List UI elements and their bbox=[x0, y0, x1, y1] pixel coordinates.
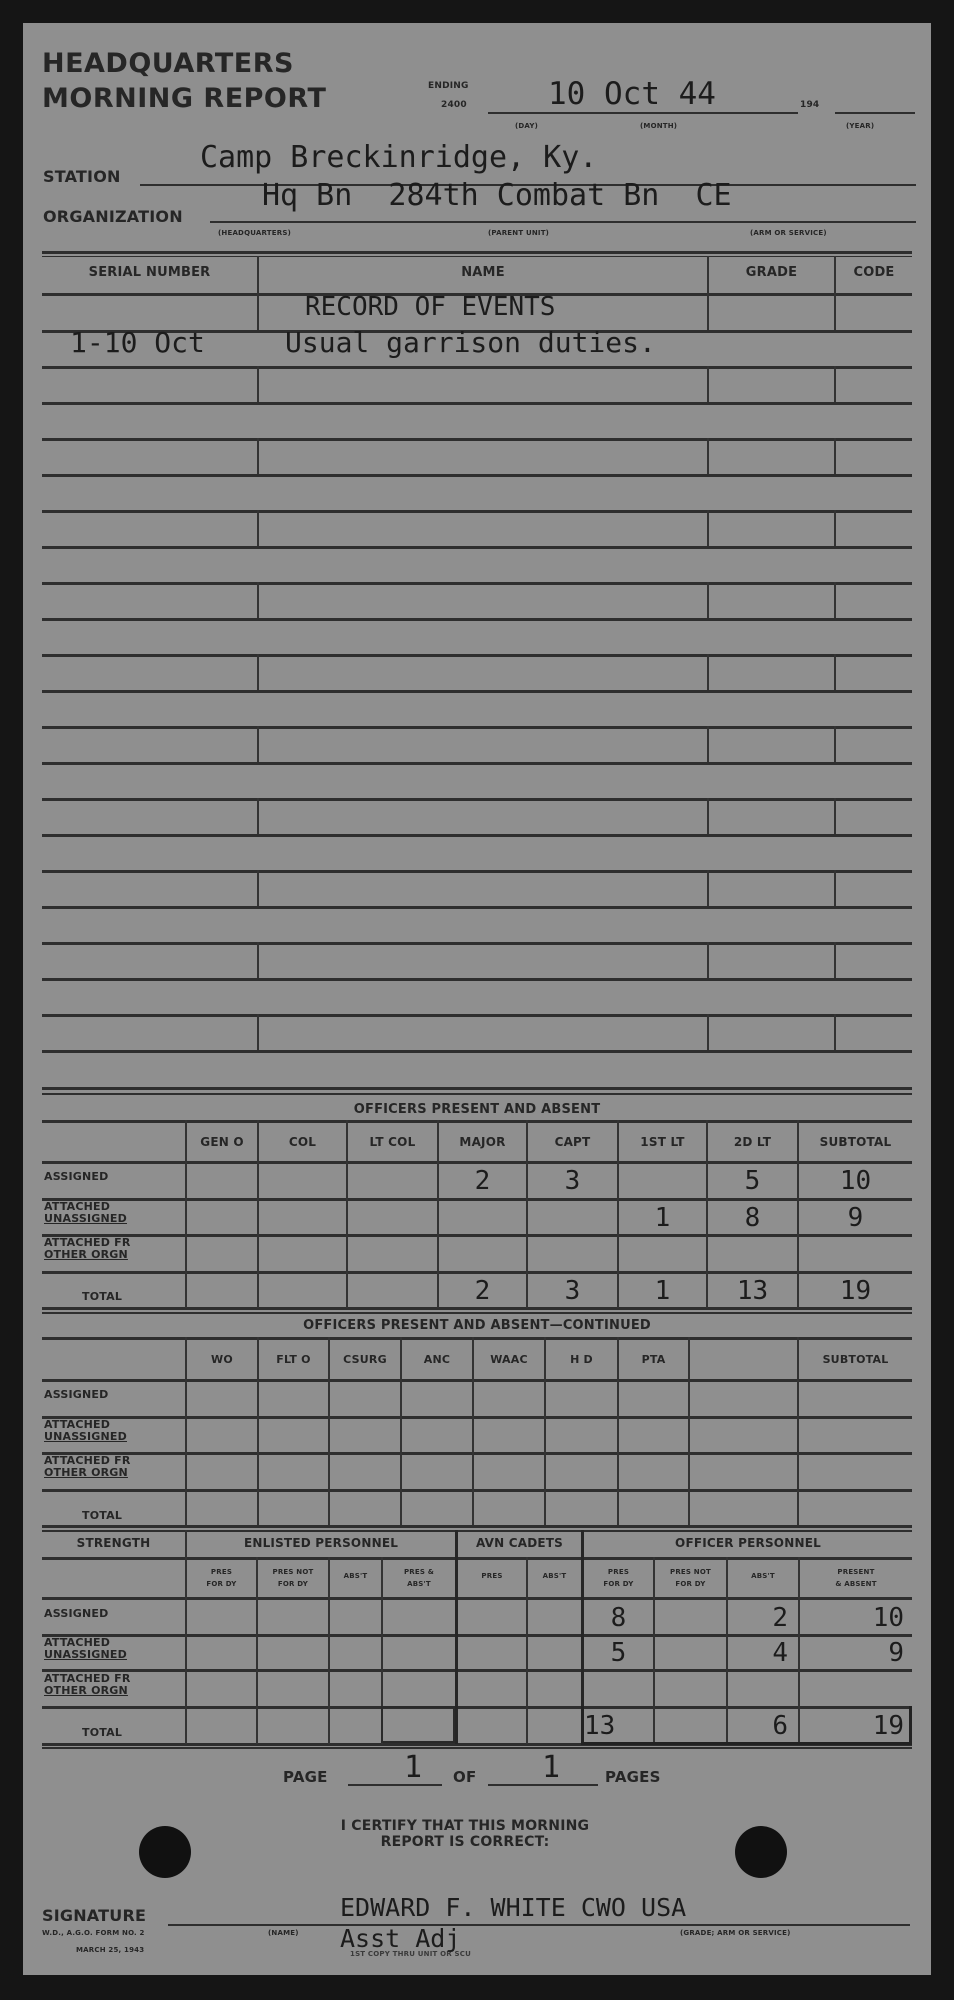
sub-enl-pres-and-abst: PRES &ABS'T bbox=[383, 1566, 455, 1590]
parent-unit-caption: (PARENT UNIT) bbox=[488, 229, 549, 237]
col-subtotal: SUBTOTAL bbox=[799, 1135, 912, 1149]
form-title-line1: HEADQUARTERS bbox=[42, 48, 294, 79]
page-number[interactable]: 1 bbox=[404, 1750, 422, 1785]
col-2d-lt: 2D LT bbox=[708, 1135, 797, 1149]
col-gen-o: GEN O bbox=[187, 1135, 257, 1149]
row-attached-unassigned-label: ATTACHEDUNASSIGNED bbox=[44, 1637, 127, 1661]
row-attached-unassigned-label: ATTACHEDUNASSIGNED bbox=[44, 1419, 127, 1443]
signature-label: SIGNATURE bbox=[42, 1906, 146, 1925]
organization-underline bbox=[210, 221, 916, 223]
year-underline bbox=[835, 112, 915, 114]
col-1st-lt: 1ST LT bbox=[619, 1135, 706, 1149]
officers-table-title: OFFICERS PRESENT AND ABSENT bbox=[42, 1102, 912, 1117]
organization-field[interactable]: Hq Bn 284th Combat Bn CE bbox=[262, 178, 732, 213]
sub-cadet-pres: PRES bbox=[458, 1572, 526, 1580]
sub-off-pres-not-for-dy: PRES NOTFOR DY bbox=[655, 1566, 726, 1590]
col-hd: H D bbox=[546, 1353, 617, 1366]
col-wo: WO bbox=[187, 1353, 257, 1366]
row-total-label: TOTAL bbox=[82, 1509, 122, 1522]
punch-hole-right bbox=[735, 1826, 787, 1878]
column-grade: GRADE bbox=[709, 265, 834, 280]
sub-enl-pres-for-dy: PRESFOR DY bbox=[187, 1566, 256, 1590]
col-col: COL bbox=[259, 1135, 346, 1149]
form-number: W.D., A.G.O. FORM NO. 2 bbox=[42, 1929, 145, 1937]
signature-title[interactable]: Asst Adj bbox=[340, 1924, 460, 1953]
col-major: MAJOR bbox=[439, 1135, 526, 1149]
assigned-2d-lt[interactable]: 5 bbox=[708, 1166, 797, 1196]
col-subtotal-continued: SUBTOTAL bbox=[799, 1353, 912, 1366]
strength-assigned-pres-for-dy[interactable]: 8 bbox=[584, 1603, 653, 1633]
total-1st-lt[interactable]: 1 bbox=[619, 1276, 706, 1306]
row-assigned-label: ASSIGNED bbox=[44, 1170, 108, 1183]
total-capt[interactable]: 3 bbox=[528, 1276, 617, 1306]
row-attached-other-label: ATTACHED FROTHER ORGN bbox=[44, 1237, 131, 1261]
attached-unassigned-subtotal[interactable]: 9 bbox=[799, 1203, 912, 1233]
day-caption: (DAY) bbox=[515, 122, 538, 130]
arm-caption: (ARM OR SERVICE) bbox=[750, 229, 827, 237]
headquarters-caption: (HEADQUARTERS) bbox=[218, 229, 291, 237]
sub-off-present-and-absent: PRESENT& ABSENT bbox=[800, 1566, 912, 1590]
month-caption: (MONTH) bbox=[640, 122, 677, 130]
col-anc: ANC bbox=[402, 1353, 472, 1366]
col-pta: PTA bbox=[619, 1353, 688, 1366]
officers-continued-title: OFFICERS PRESENT AND ABSENT—CONTINUED bbox=[42, 1318, 912, 1333]
copy-note: 1ST COPY THRU UNIT OR SCU bbox=[350, 1950, 471, 1958]
form-date: MARCH 25, 1943 bbox=[76, 1946, 144, 1954]
name-caption: (NAME) bbox=[268, 1929, 299, 1937]
ending-time: 2400 bbox=[441, 100, 467, 110]
signature-field[interactable]: EDWARD F. WHITE CWO USA bbox=[340, 1893, 686, 1922]
form-title-line2: MORNING REPORT bbox=[42, 83, 326, 114]
group-avn-cadets: AVN CADETS bbox=[458, 1536, 581, 1550]
grade-caption: (GRADE; ARM OR SERVICE) bbox=[680, 1929, 791, 1937]
year-caption: (YEAR) bbox=[846, 122, 874, 130]
group-officer-personnel: OFFICER PERSONNEL bbox=[584, 1536, 912, 1550]
row-attached-other-label: ATTACHED FROTHER ORGN bbox=[44, 1455, 131, 1479]
station-label: STATION bbox=[43, 167, 121, 186]
entry-name[interactable]: Usual garrison duties. bbox=[285, 326, 656, 359]
row-attached-unassigned-label: ATTACHEDUNASSIGNED bbox=[44, 1201, 127, 1225]
sub-enl-abst: ABS'T bbox=[330, 1572, 381, 1580]
assigned-major[interactable]: 2 bbox=[439, 1166, 526, 1196]
entry-serial[interactable]: 1-10 Oct bbox=[70, 326, 205, 359]
attached-unassigned-1st-lt[interactable]: 1 bbox=[619, 1203, 706, 1233]
assigned-subtotal[interactable]: 10 bbox=[799, 1166, 912, 1196]
organization-label: ORGANIZATION bbox=[43, 207, 183, 226]
strength-assigned-abst[interactable]: 2 bbox=[728, 1603, 788, 1633]
date-underline bbox=[488, 112, 798, 114]
strength-total-present-absent[interactable]: 19 bbox=[800, 1711, 904, 1741]
row-assigned-label: ASSIGNED bbox=[44, 1388, 108, 1401]
pages-label: PAGES bbox=[605, 1768, 661, 1786]
sub-off-pres-for-dy: PRESFOR DY bbox=[584, 1566, 653, 1590]
record-of-events-heading: RECORD OF EVENTS bbox=[305, 292, 555, 322]
strength-attached-present-absent[interactable]: 9 bbox=[800, 1638, 904, 1668]
strength-label: STRENGTH bbox=[42, 1536, 185, 1550]
year-prefix: 194 bbox=[800, 100, 819, 110]
group-enlisted-personnel: ENLISTED PERSONNEL bbox=[187, 1536, 455, 1550]
col-flt-o: FLT O bbox=[259, 1353, 328, 1366]
ending-label: ENDING bbox=[428, 81, 469, 91]
row-total-label: TOTAL bbox=[82, 1726, 122, 1739]
page-label: PAGE bbox=[283, 1768, 328, 1786]
total-pages[interactable]: 1 bbox=[542, 1750, 560, 1785]
strength-total-abst[interactable]: 6 bbox=[728, 1711, 788, 1741]
of-label: OF bbox=[453, 1768, 476, 1786]
total-major[interactable]: 2 bbox=[439, 1276, 526, 1306]
total-subtotal[interactable]: 19 bbox=[799, 1276, 912, 1306]
row-attached-other-label: ATTACHED FROTHER ORGN bbox=[44, 1673, 131, 1697]
sub-enl-pres-not-for-dy: PRES NOTFOR DY bbox=[258, 1566, 328, 1590]
certification-statement: I CERTIFY THAT THIS MORNING REPORT IS CO… bbox=[250, 1818, 680, 1850]
date-field[interactable]: 10 Oct 44 bbox=[548, 76, 716, 112]
sub-cadet-abst: ABS'T bbox=[528, 1572, 581, 1580]
col-capt: CAPT bbox=[528, 1135, 617, 1149]
col-csurg: CSURG bbox=[330, 1353, 400, 1366]
column-code: CODE bbox=[836, 265, 912, 280]
column-serial-number: SERIAL NUMBER bbox=[42, 265, 257, 280]
punch-hole-left bbox=[139, 1826, 191, 1878]
strength-attached-pres-for-dy[interactable]: 5 bbox=[584, 1638, 653, 1668]
strength-attached-abst[interactable]: 4 bbox=[728, 1638, 788, 1668]
column-name: NAME bbox=[259, 265, 707, 280]
col-waac: WAAC bbox=[474, 1353, 544, 1366]
row-total-label: TOTAL bbox=[82, 1290, 122, 1303]
assigned-capt[interactable]: 3 bbox=[528, 1166, 617, 1196]
total-2d-lt[interactable]: 13 bbox=[708, 1276, 797, 1306]
strength-assigned-present-absent[interactable]: 10 bbox=[800, 1603, 904, 1633]
row-assigned-label: ASSIGNED bbox=[44, 1607, 108, 1620]
sub-off-abst: ABS'T bbox=[728, 1572, 798, 1580]
station-field[interactable]: Camp Breckinridge, Ky. bbox=[200, 140, 597, 175]
col-lt-col: LT COL bbox=[348, 1135, 437, 1149]
attached-unassigned-2d-lt[interactable]: 8 bbox=[708, 1203, 797, 1233]
strength-total-pres-for-dy[interactable]: 13 bbox=[584, 1711, 644, 1741]
